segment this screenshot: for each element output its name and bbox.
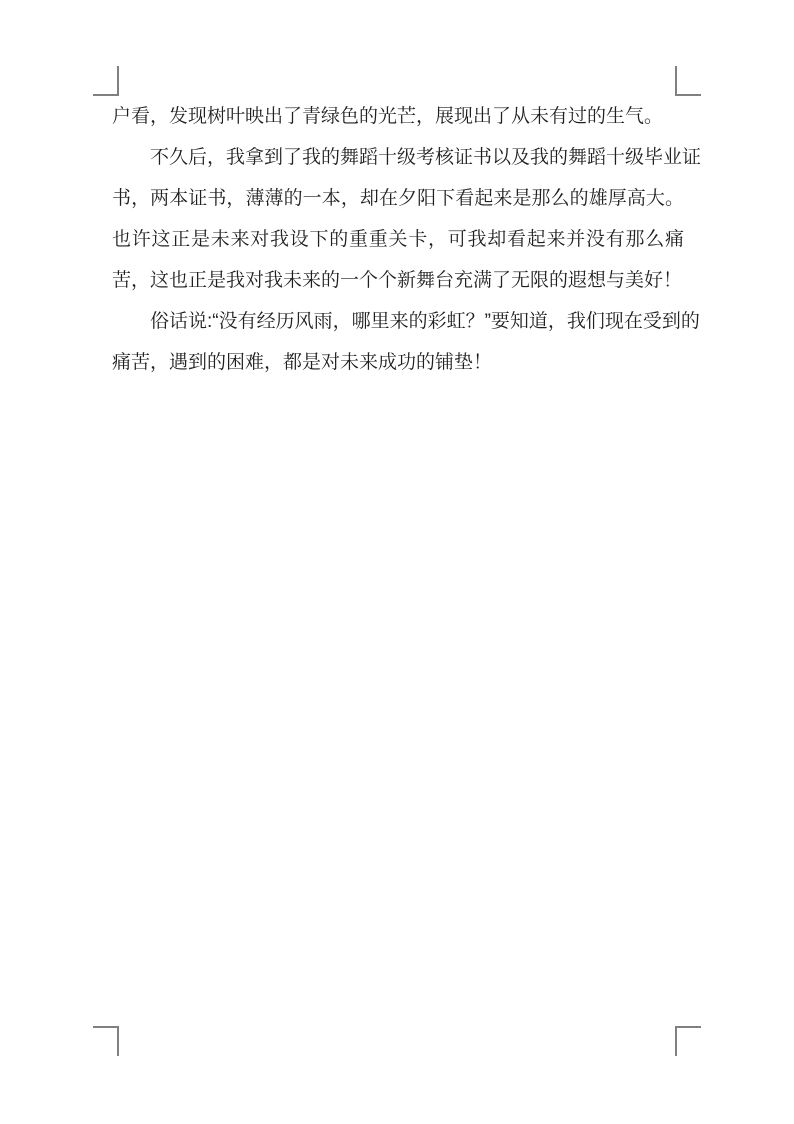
paragraph: 俗话说:“没有经历风雨，哪里来的彩虹？”要知道，我们现在受到的痛苦，遇到的困难，… <box>112 301 684 383</box>
document-text: 户看，发现树叶映出了青绿色的光芒，展现出了从未有过的生气。不久后，我拿到了我的舞… <box>112 96 684 383</box>
text-line: 苦，这也正是我对我未来的一个个新舞台充满了无限的遐想与美好！ <box>112 260 684 301</box>
text-boundary-mark-top-left <box>93 66 119 96</box>
text-line: 户看，发现树叶映出了青绿色的光芒，展现出了从未有过的生气。 <box>112 96 684 137</box>
text-line: 不久后，我拿到了我的舞蹈十级考核证书以及我的舞蹈十级毕业证 <box>112 137 684 178</box>
text-line: 痛苦，遇到的困难，都是对未来成功的铺垫！ <box>112 342 684 383</box>
paragraph: 户看，发现树叶映出了青绿色的光芒，展现出了从未有过的生气。 <box>112 96 684 137</box>
text-line: 也许这正是未来对我设下的重重关卡，可我却看起来并没有那么痛 <box>112 219 684 260</box>
text-boundary-mark-bottom-left <box>93 1026 119 1056</box>
document-page: 户看，发现树叶映出了青绿色的光芒，展现出了从未有过的生气。不久后，我拿到了我的舞… <box>0 0 794 1124</box>
text-boundary-mark-bottom-right <box>675 1026 701 1056</box>
paragraph: 不久后，我拿到了我的舞蹈十级考核证书以及我的舞蹈十级毕业证书，两本证书，薄薄的一… <box>112 137 684 301</box>
text-line: 俗话说:“没有经历风雨，哪里来的彩虹？”要知道，我们现在受到的 <box>112 301 684 342</box>
text-boundary-mark-top-right <box>675 66 701 96</box>
text-line: 书，两本证书，薄薄的一本，却在夕阳下看起来是那么的雄厚高大。 <box>112 178 684 219</box>
